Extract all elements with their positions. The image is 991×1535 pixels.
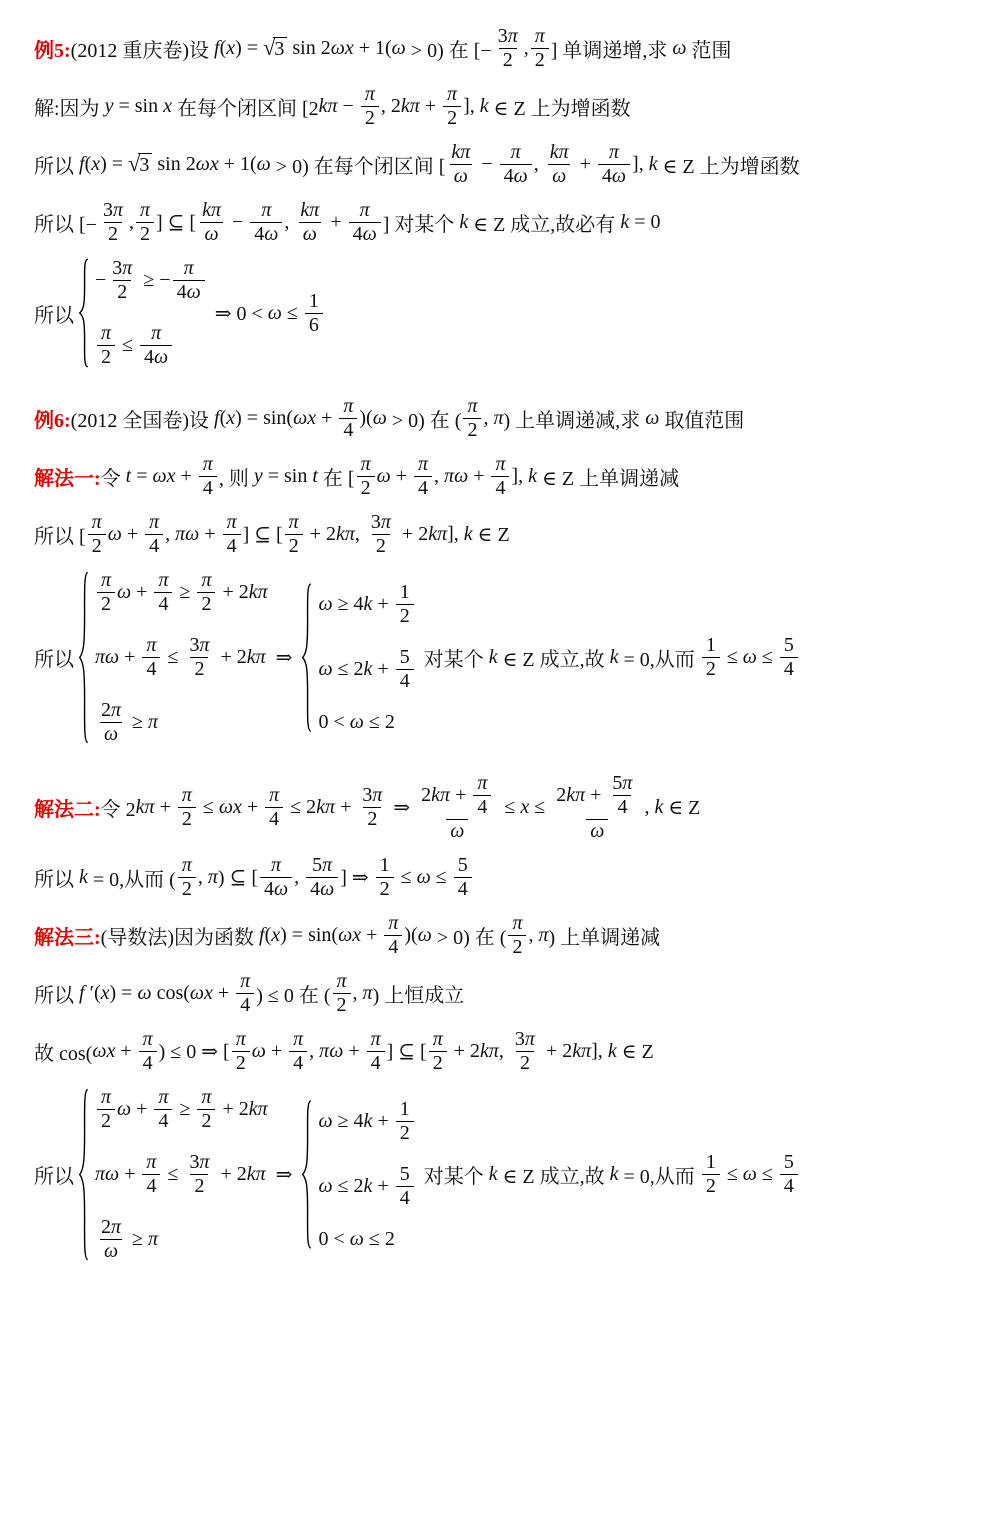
text-run: 在 [: [318, 462, 355, 491]
fraction: kπω: [447, 141, 474, 188]
fraction-numerator: 2π: [97, 1216, 125, 1239]
fraction-numerator: π: [142, 634, 160, 657]
fraction-denominator: 2: [97, 1109, 115, 1133]
math-run: π: [227, 511, 237, 534]
text-run: ] ⊆ [: [156, 210, 196, 235]
fraction-denominator: 4: [339, 418, 357, 442]
fraction-denominator: 2: [361, 106, 379, 130]
fraction-denominator: 4: [491, 476, 509, 500]
math-run: ω: [645, 407, 659, 430]
math-run: π: [508, 25, 518, 48]
fraction-denominator: 2: [97, 592, 115, 616]
math-run: kπ: [401, 95, 420, 118]
text-run: ] ⇒: [340, 865, 373, 890]
math-run: π: [240, 970, 250, 993]
text-run: ,: [129, 211, 134, 234]
text-run: 2: [520, 1052, 530, 1075]
math-run: kπ: [451, 141, 470, 164]
text-run: 4: [149, 535, 159, 558]
text-run: 2: [101, 346, 111, 369]
fraction-denominator: 2: [376, 877, 394, 901]
text-run: +: [131, 581, 152, 604]
text-run: ≥: [127, 711, 148, 734]
fraction-denominator: 2: [531, 48, 549, 72]
math-run: π: [467, 395, 477, 418]
text-run: ∈ Z 成立,故: [498, 1160, 610, 1189]
fraction-denominator: ω: [586, 819, 608, 843]
math-run: π: [609, 141, 619, 164]
math-run: kπ: [319, 95, 338, 118]
fraction: 12: [702, 1151, 720, 1198]
text-run: +: [155, 796, 176, 819]
fraction: π2: [197, 569, 215, 616]
text-run: ) ≤ 0 ⇒ [: [159, 1039, 230, 1064]
text-run: 2: [400, 1122, 410, 1145]
fraction-numerator: π: [473, 772, 491, 795]
fraction: π4: [154, 1086, 172, 1133]
text-run: cos(: [152, 982, 190, 1005]
text-run: + 2: [215, 1163, 246, 1186]
text-run: 2: [380, 878, 390, 901]
text-run: +: [266, 1040, 287, 1063]
text-run: 2: [512, 936, 522, 959]
cases-row: ω ≥ 4k + 12: [318, 1098, 415, 1145]
fraction-denominator: 4: [199, 476, 217, 500]
fraction-denominator: 2: [104, 222, 122, 246]
fraction: π2: [531, 25, 549, 72]
line-sol3-step2: 所以 f ′(x) = ω cos(ωx + π4) ≤ 0 在 (π2, π)…: [34, 970, 977, 1017]
line-sol1-cases: 所以π2ω + π4 ≥ π2 + 2kππω + π4 ≤ 3π2 + 2kπ…: [34, 569, 977, 746]
text-run: ≤: [529, 796, 550, 819]
text-run: 3: [362, 784, 372, 807]
text-run: 4: [400, 670, 410, 693]
fraction-numerator: 5: [396, 646, 414, 669]
text-run: 4: [388, 936, 398, 959]
fraction: 2kπ + π4ω: [417, 772, 497, 843]
fraction-denominator: 2: [190, 657, 208, 681]
math-run: ω: [320, 878, 334, 901]
fraction: 12: [396, 1098, 414, 1145]
fraction: π4: [414, 453, 432, 500]
text-run: sin 2: [287, 37, 330, 60]
math-run: π: [111, 699, 121, 722]
text-run: 3: [515, 1028, 525, 1051]
section-label: 例5:: [34, 34, 71, 63]
left-curly-brace-icon: [77, 1086, 90, 1263]
text-run: −: [476, 153, 497, 176]
fraction-denominator: 2: [88, 534, 106, 558]
math-run: ω: [318, 1175, 332, 1198]
fraction-numerator: π: [339, 395, 357, 418]
text-run: 0 <: [318, 1228, 349, 1251]
math-run: πω: [319, 1040, 343, 1063]
fraction-numerator: kπ: [447, 141, 474, 164]
fraction-numerator: π: [361, 83, 379, 106]
fraction-denominator: 4: [154, 592, 172, 616]
line-ex6-title: 例6:(2012 全国卷)设 f(x) = sin(ωx + π4)(ω > 0…: [34, 395, 977, 442]
math-run: ω: [104, 723, 118, 746]
math-run: π: [111, 1216, 121, 1239]
fraction-denominator: 4ω: [250, 222, 282, 246]
line-ex5-title: 例5:(2012 重庆卷)设 f(x) = √3 sin 2ωx + 1(ω >…: [34, 25, 977, 72]
math-run: ω: [590, 820, 604, 843]
text-run: 4: [418, 477, 428, 500]
section-label: 例6:: [34, 404, 71, 433]
text-run: 4: [602, 165, 612, 188]
text-run: 4: [371, 1052, 381, 1075]
line-sol3-step3: 故 cos(ωx + π4) ≤ 0 ⇒ [π2ω + π4, πω + π4]…: [34, 1028, 977, 1075]
text-run: (2012 全国卷)设: [71, 404, 214, 433]
math-run: ω: [274, 878, 288, 901]
text-run: )(: [359, 407, 372, 430]
text-run: 2: [421, 784, 431, 807]
fraction-denominator: 2: [333, 993, 351, 1017]
text-run: 4: [269, 808, 279, 831]
fraction-numerator: 1: [376, 854, 394, 877]
text-run: +: [372, 1110, 393, 1133]
text-run: 2: [503, 49, 513, 72]
fraction-denominator: 2: [396, 1121, 414, 1145]
math-run: x: [520, 796, 529, 819]
line-sol2-step2: 所以 k = 0,从而 (π2, π) ⊆ [π4ω, 5π4ω] ⇒ 12 ≤…: [34, 854, 977, 901]
math-run: π: [535, 25, 545, 48]
text-run: (导数法)因为函数: [101, 921, 259, 950]
text-run: = 0,从而: [619, 643, 700, 672]
text-run: +: [335, 796, 356, 819]
fraction-numerator: π: [367, 1028, 385, 1051]
line-ex5-sol-step1: 解:因为 y = sin x 在每个闭区间 [2kπ − π2, 2kπ + π…: [34, 83, 977, 130]
text-run: ],: [447, 523, 464, 546]
text-run: 4: [203, 477, 213, 500]
math-run: ω: [252, 1040, 266, 1063]
math-run: k: [364, 1175, 373, 1198]
fraction: π4: [145, 511, 163, 558]
math-run: ω: [187, 281, 201, 304]
text-run: ≤: [396, 866, 417, 889]
text-run: 2: [706, 1175, 716, 1198]
fraction: 3π2: [185, 1151, 213, 1198]
text-run: ≤ 2: [333, 1175, 364, 1198]
fraction: π4: [139, 1028, 157, 1075]
fraction: π4: [223, 511, 241, 558]
line-sol2-step1: 解法二:令 2kπ + π2 ≤ ωx + π4 ≤ 2kπ + 3π2 ⇒ 2…: [34, 772, 977, 843]
text-run: ) =: [100, 153, 128, 176]
text-run: 所以: [34, 863, 79, 892]
text-run: 2: [556, 784, 566, 807]
fraction: π2: [333, 970, 351, 1017]
math-run: ω: [672, 37, 686, 60]
math-run: x: [226, 37, 235, 60]
text-run: 2: [376, 535, 386, 558]
text-run: ≤: [282, 302, 303, 325]
fraction: 3π2: [99, 199, 127, 246]
text-run: ],: [512, 465, 529, 488]
text-run: 4: [495, 477, 505, 500]
text-run: 2: [194, 1175, 204, 1198]
math-run: kπ: [300, 199, 319, 222]
cases-row: 2πω ≥ π: [95, 699, 268, 746]
text-run: 3: [371, 511, 381, 534]
fraction-numerator: kπ: [296, 199, 323, 222]
text-run: + 2: [541, 1040, 572, 1063]
text-run: ⇒: [271, 645, 298, 670]
text-run: 2: [101, 593, 111, 616]
fraction-numerator: π: [508, 912, 526, 935]
text-run: 2: [289, 535, 299, 558]
text-run: = 0,从而 (: [88, 863, 176, 892]
math-run: π: [372, 784, 382, 807]
line-sol3-cases: 所以π2ω + π4 ≥ π2 + 2kππω + π4 ≤ 3π2 + 2kπ…: [34, 1086, 977, 1263]
text-run: > 0) 在 [−: [406, 34, 492, 63]
text-run: 对某个: [419, 643, 489, 672]
text-run: + 1(: [219, 153, 257, 176]
math-run: π: [371, 1028, 381, 1051]
math-run: ω: [363, 223, 377, 246]
text-run: 4: [146, 1175, 156, 1198]
math-run: x: [226, 407, 235, 430]
math-run: k: [480, 95, 489, 118]
math-run: π: [158, 569, 168, 592]
math-run: πω: [444, 465, 468, 488]
text-run: +: [199, 523, 220, 546]
text-run: 4: [353, 223, 363, 246]
math-run: ω: [104, 1240, 118, 1263]
math-run: kπ: [431, 784, 450, 807]
cases-rows: ω ≥ 4k + 12ω ≤ 2k + 540 < ω ≤ 2: [313, 581, 415, 734]
text-run: > 0) 在每个闭区间 [: [271, 150, 446, 179]
text-run: 对某个: [419, 1160, 489, 1189]
fraction-denominator: 4ω: [140, 345, 172, 369]
fraction-denominator: 4: [780, 657, 798, 681]
text-run: 0 <: [318, 711, 349, 734]
fraction: 2πω: [97, 699, 125, 746]
fraction-denominator: 2: [463, 418, 481, 442]
fraction: π4ω: [500, 141, 532, 188]
fraction-numerator: 2π: [97, 699, 125, 722]
math-run: kπ: [247, 1163, 266, 1186]
text-run: ≤: [162, 646, 183, 669]
text-run: 令 2: [101, 793, 136, 822]
text-run: ∈ Z: [617, 1039, 654, 1064]
math-run: π: [92, 511, 102, 534]
text-run: 2: [101, 1216, 111, 1239]
math-run: kπ: [336, 523, 355, 546]
cases-system: −3π2 ≥ −π4ωπ2 ≤ π4ω: [77, 257, 207, 369]
text-run: ],: [632, 153, 649, 176]
text-run: ≥: [174, 581, 195, 604]
text-run: 3: [189, 634, 199, 657]
fraction-numerator: π: [197, 569, 215, 592]
fraction: 16: [305, 290, 323, 337]
math-run: k: [654, 796, 663, 819]
math-run: ω: [204, 223, 218, 246]
text-run: −: [95, 269, 106, 292]
fraction: 54: [780, 1151, 798, 1198]
text-run: ) = sin(: [280, 924, 338, 947]
fraction-numerator: π: [97, 322, 115, 345]
text-run: 4: [400, 1187, 410, 1210]
cases-row: π2ω + π4 ≥ π2 + 2kπ: [95, 1086, 268, 1133]
fraction-numerator: π: [88, 511, 106, 534]
text-run: ⇒: [271, 1162, 298, 1187]
fraction-numerator: 5: [396, 1163, 414, 1186]
text-run: + 2: [397, 523, 428, 546]
fraction-denominator: 2: [363, 807, 381, 831]
text-run: ≤: [757, 646, 778, 669]
math-run: ω: [418, 924, 432, 947]
fraction: π2: [178, 784, 196, 831]
fraction-numerator: 5: [780, 1151, 798, 1174]
text-run: 6: [309, 314, 319, 337]
text-run: +: [325, 211, 346, 234]
fraction-denominator: 2: [443, 106, 461, 130]
math-run: πω: [95, 646, 119, 669]
fraction-numerator: 3π: [108, 257, 136, 280]
math-run: π: [148, 711, 158, 734]
math-run: π: [495, 453, 505, 476]
text-run: 4: [477, 796, 487, 819]
text-run: ,: [524, 37, 529, 60]
fraction-denominator: ω: [100, 722, 122, 746]
text-run: 2: [101, 1110, 111, 1133]
cases-row: 0 < ω ≤ 2: [318, 1228, 415, 1251]
cases-rows: ω ≥ 4k + 12ω ≤ 2k + 540 < ω ≤ 2: [313, 1098, 415, 1251]
math-run: k: [528, 465, 537, 488]
text-run: sin 2: [152, 153, 195, 176]
math-run: π: [261, 199, 271, 222]
math-run: π: [622, 772, 632, 795]
math-run: π: [293, 1028, 303, 1051]
fraction-denominator: 4: [154, 1109, 172, 1133]
fraction-denominator: 4: [142, 657, 160, 681]
math-run: ω: [373, 407, 387, 430]
math-run: π: [388, 912, 398, 935]
text-run: +: [119, 646, 140, 669]
text-run: 1: [400, 581, 410, 604]
text-run: ∈ Z: [663, 795, 700, 820]
fraction-numerator: π: [333, 970, 351, 993]
text-run: ,: [353, 982, 363, 1005]
fraction: π2: [463, 395, 481, 442]
math-run: π: [363, 982, 373, 1005]
text-run: ) ≤ 0 在 (: [256, 979, 330, 1008]
fraction-denominator: 4: [367, 1051, 385, 1075]
fraction-denominator: 4: [142, 1174, 160, 1198]
text-run: 3: [498, 25, 508, 48]
text-run: + 2: [305, 523, 336, 546]
fraction: 12: [376, 854, 394, 901]
text-run: ≥ 4: [333, 1110, 364, 1133]
math-run: π: [146, 1151, 156, 1174]
math-run: ω: [612, 165, 626, 188]
fraction: 2kπ + 5π4ω: [552, 772, 642, 843]
text-run: 所以 [−: [34, 208, 97, 237]
text-run: 5: [612, 772, 622, 795]
math-run: π: [140, 199, 150, 222]
math-run: π: [361, 453, 371, 476]
fraction-denominator: ω: [450, 164, 472, 188]
text-run: +: [316, 407, 337, 430]
section-label: 解法二:: [34, 793, 101, 822]
cases-row: π2ω + π4 ≥ π2 + 2kπ: [95, 569, 268, 616]
text-run: ,: [284, 211, 294, 234]
fraction-denominator: 2: [285, 534, 303, 558]
text-run: 2: [194, 658, 204, 681]
text-run: +: [242, 796, 263, 819]
text-run: +: [450, 784, 471, 807]
text-run: + 1(: [354, 37, 392, 60]
math-run: π: [269, 784, 279, 807]
math-run: π: [271, 854, 281, 877]
text-run: 故 cos(: [34, 1037, 92, 1066]
text-run: 解:因为: [34, 92, 105, 121]
fraction-denominator: 4: [384, 935, 402, 959]
text-run: 3: [112, 257, 122, 280]
fraction-numerator: π: [97, 1086, 115, 1109]
fraction-denominator: 4ω: [260, 877, 292, 901]
fraction-numerator: 2kπ + 5π4: [552, 772, 642, 819]
text-run: 4: [784, 1175, 794, 1198]
math-run: π: [447, 83, 457, 106]
text-run: 2: [337, 994, 347, 1017]
text-run: ≤: [757, 1163, 778, 1186]
math-run: kπ: [136, 796, 155, 819]
text-run: 取值范围: [659, 404, 744, 433]
text-run: ∈ Z 上为增函数: [489, 92, 631, 121]
text-run: +: [122, 523, 143, 546]
fraction: 54: [396, 646, 414, 693]
fraction-denominator: 4ω: [349, 222, 381, 246]
text-run: ] 单调递增,求: [551, 34, 673, 63]
fraction-denominator: 4ω: [173, 280, 205, 304]
math-run: π: [182, 784, 192, 807]
fraction-denominator: 4: [396, 1186, 414, 1210]
fraction-numerator: π: [154, 569, 172, 592]
fraction-denominator: 4: [473, 795, 491, 819]
fraction-numerator: 3π: [358, 784, 386, 807]
math-run: π: [433, 1028, 443, 1051]
fraction-denominator: 2: [516, 1051, 534, 1075]
text-run: = sin: [113, 95, 163, 118]
fraction-denominator: 4: [236, 993, 254, 1017]
math-run: π: [143, 1028, 153, 1051]
text-run: 所以 [: [34, 520, 86, 549]
text-run: 2: [447, 107, 457, 130]
text-run: +: [468, 465, 489, 488]
text-run: ≤: [431, 866, 452, 889]
math-run: ω: [450, 820, 464, 843]
fraction: π2: [429, 1028, 447, 1075]
math-run: kπ: [566, 784, 585, 807]
left-curly-brace-icon: [77, 569, 90, 746]
fraction: π2: [178, 854, 196, 901]
fraction: π4: [289, 1028, 307, 1075]
text-run: ,: [434, 465, 444, 488]
text-run: ≤: [722, 1163, 743, 1186]
math-run: π: [525, 1028, 535, 1051]
line-sol1-step2: 所以 [π2ω + π4, πω + π4] ⊆ [π2 + 2kπ, 3π2 …: [34, 511, 977, 558]
text-run: +: [361, 924, 382, 947]
text-run: ) =: [110, 982, 138, 1005]
text-run: 令: [101, 462, 126, 491]
fraction: kπω: [296, 199, 323, 246]
cases-row: ω ≥ 4k + 12: [318, 581, 415, 628]
math-run: π: [511, 141, 521, 164]
fraction-denominator: 4: [223, 534, 241, 558]
text-run: 5: [312, 854, 322, 877]
fraction-denominator: 2: [113, 280, 131, 304]
math-run: ω: [303, 223, 317, 246]
